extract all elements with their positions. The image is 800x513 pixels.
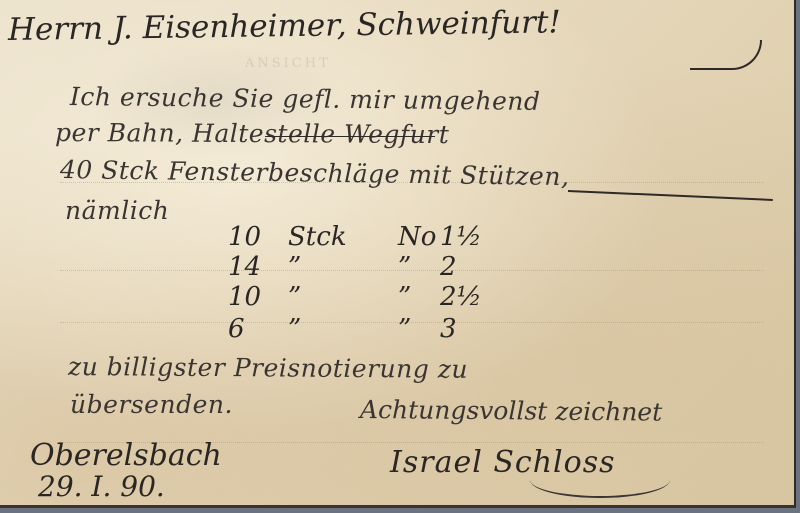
- body-line-3: 40 Stck Fensterbeschläge mit Stützen,: [60, 155, 570, 191]
- date: 29. I. 90.: [38, 470, 165, 503]
- postcard: ANSICHT Herrn J. Eisenheimer, Schweinfur…: [0, 0, 796, 508]
- underline-mit-stuetzen: [568, 190, 773, 201]
- order-unit: ”: [288, 252, 398, 282]
- address-line: Herrn J. Eisenheimer, Schweinfurt!: [8, 4, 561, 48]
- order-number-label: ”: [398, 314, 438, 344]
- signature: Israel Schloss: [390, 445, 615, 480]
- greeting: Achtungsvollst zeichnet: [360, 395, 662, 427]
- closing-line-2: übersenden.: [70, 390, 233, 419]
- address-flourish: [690, 40, 762, 70]
- order-number-label: No: [398, 222, 438, 252]
- order-size: 1½: [440, 222, 540, 252]
- signature-flourish: [530, 478, 670, 498]
- place-of-writing: Oberelsbach: [30, 438, 222, 473]
- body-line-1: Ich ersuche Sie gefl. mir umgehend: [70, 82, 541, 116]
- body-line-2: per Bahn, Haltestelle Wegfurt: [55, 118, 449, 149]
- order-size: 2½: [440, 282, 540, 312]
- order-number-label: ”: [398, 252, 438, 282]
- underline-haltestelle: [265, 136, 435, 137]
- closing-line-1: zu billigster Preisnotierung zu: [68, 352, 468, 384]
- order-size: 2: [440, 252, 540, 282]
- order-number-label: ”: [398, 282, 438, 312]
- order-unit: ”: [288, 282, 398, 312]
- faded-reverse-print: ANSICHT: [245, 56, 331, 71]
- order-size: 3: [440, 314, 540, 344]
- body-line-4: nämlich: [65, 196, 169, 225]
- order-unit: ”: [288, 314, 398, 344]
- order-unit: Stck: [288, 222, 398, 252]
